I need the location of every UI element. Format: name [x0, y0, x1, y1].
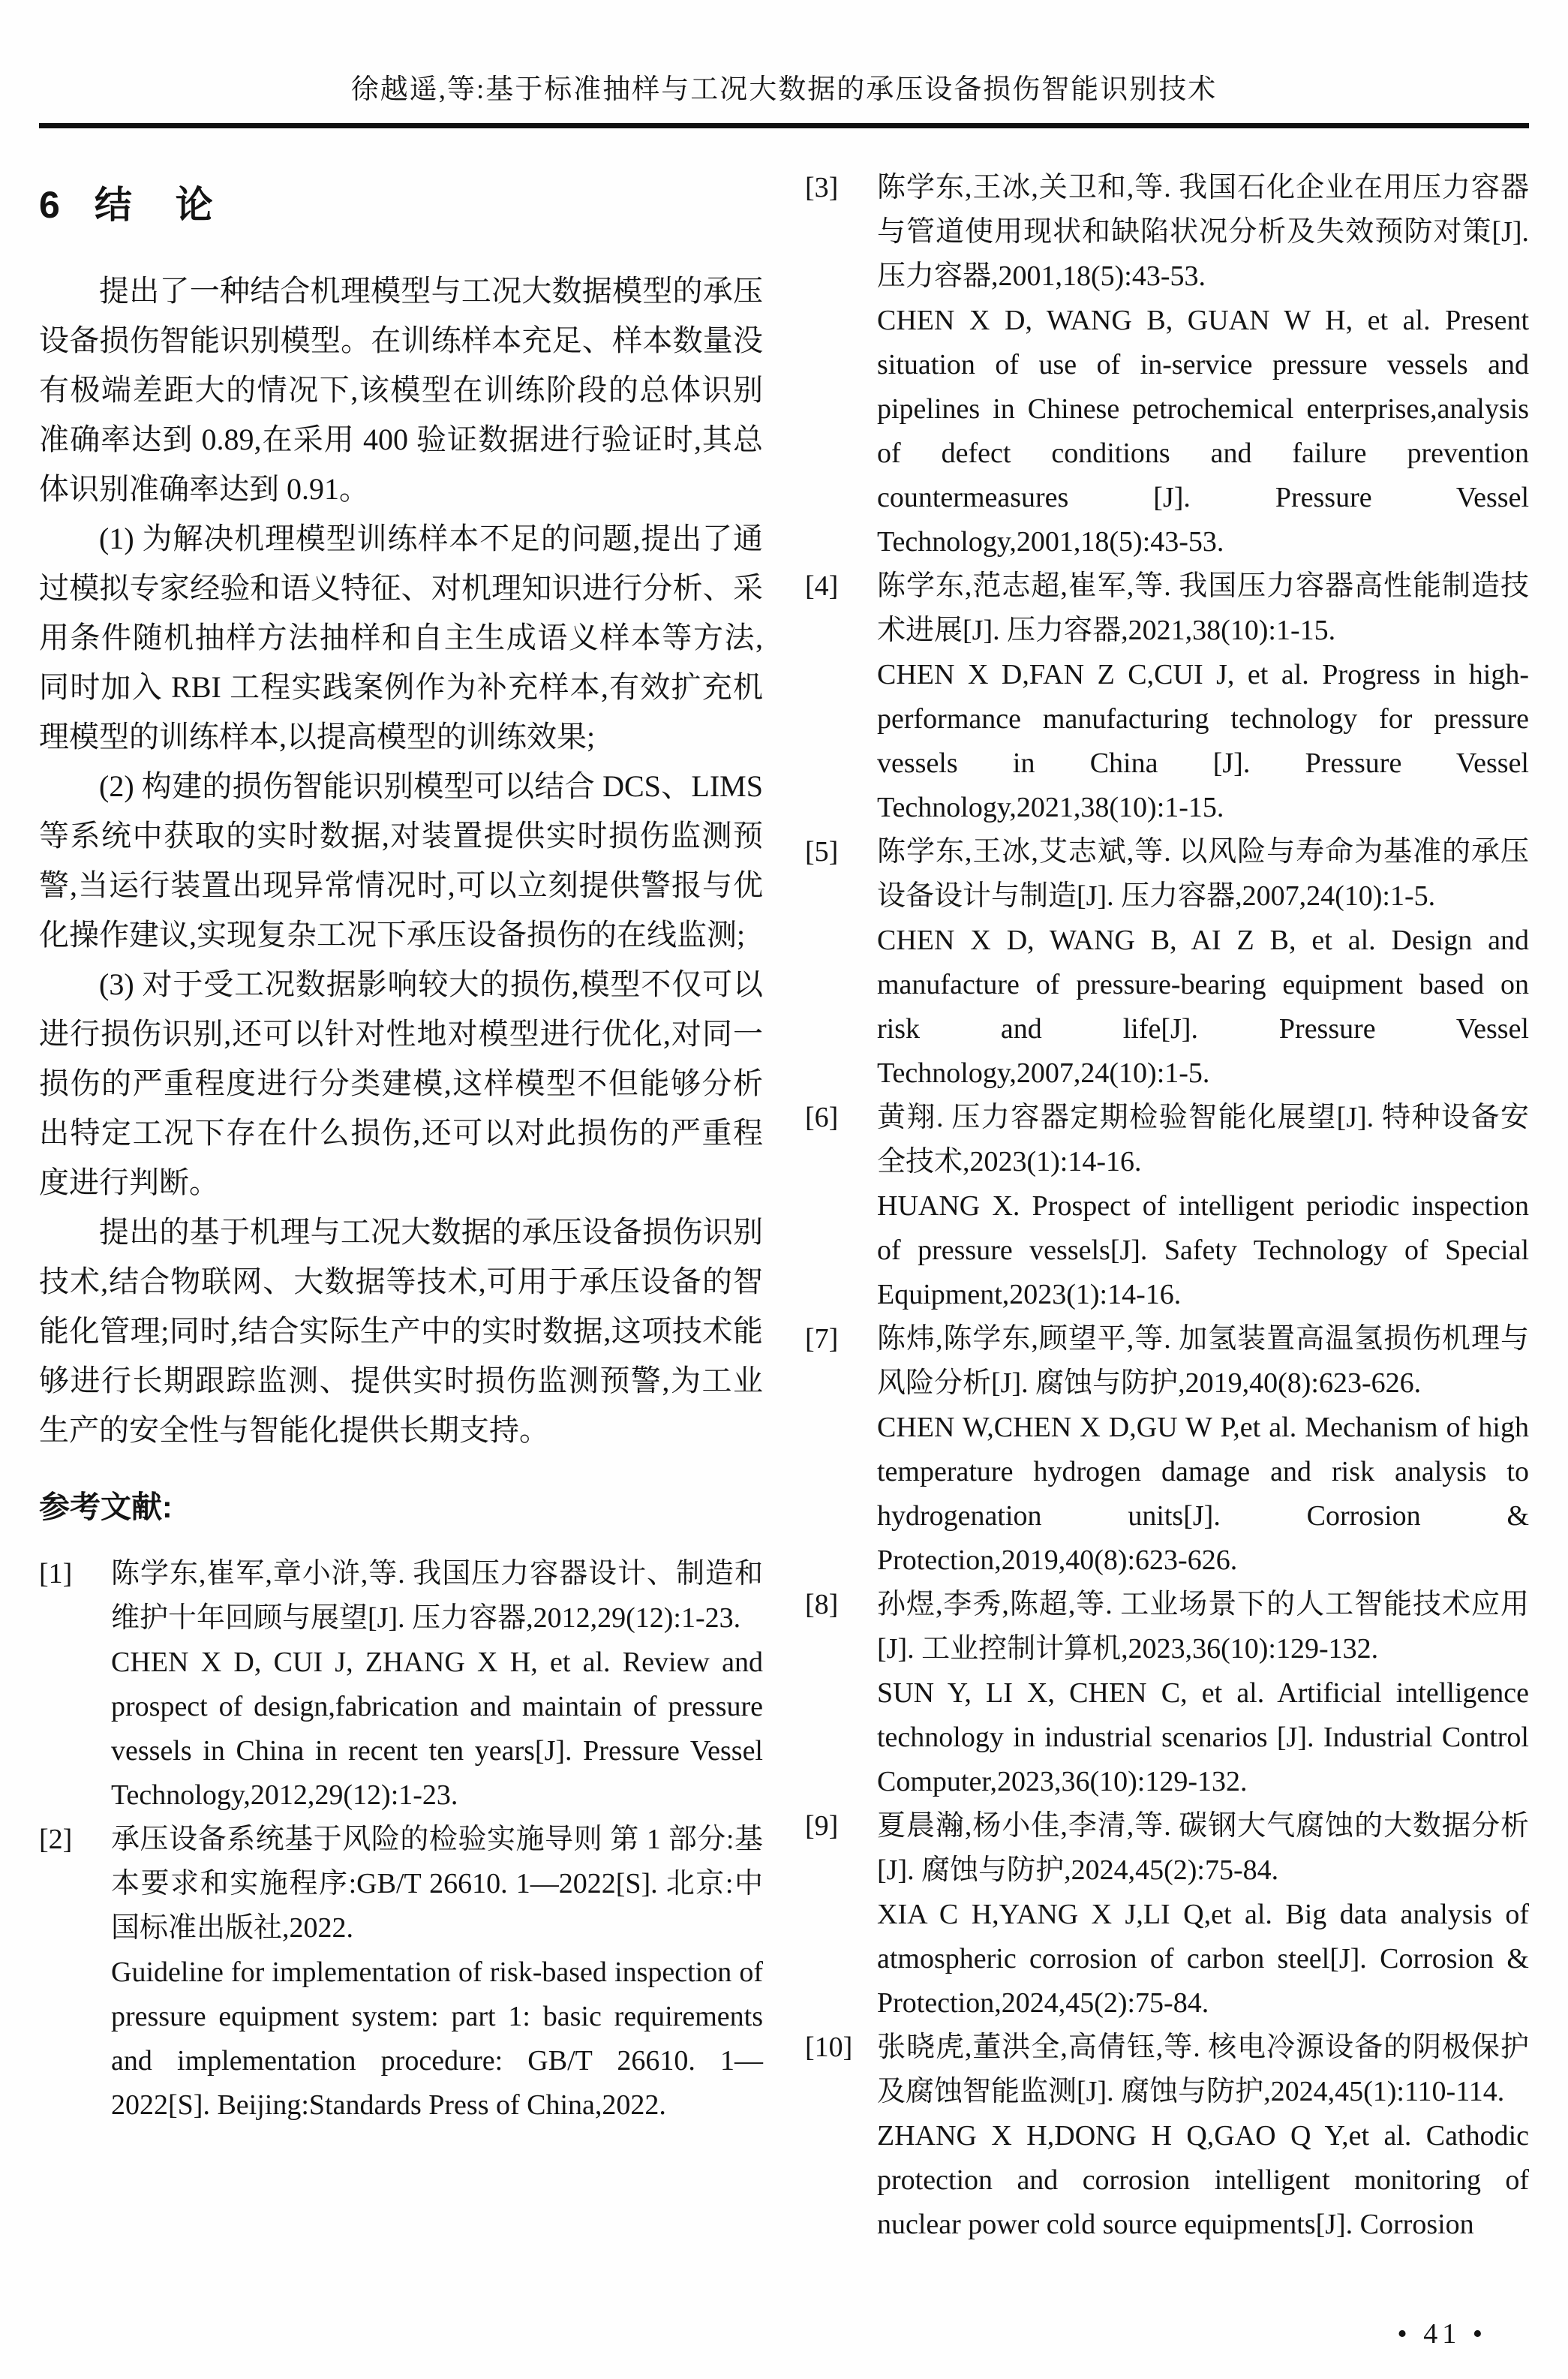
- reference-item-3: [3] 陈学东,王冰,关卫和,等. 我国石化企业在用压力容器与管道使用现状和缺陷…: [805, 166, 1529, 564]
- reference-english: SUN Y, LI X, CHEN C, et al. Artificial i…: [877, 1671, 1529, 1804]
- reference-english: XIA C H,YANG X J,LI Q,et al. Big data an…: [877, 1893, 1529, 2026]
- reference-chinese: 孙煜,李秀,陈超,等. 工业场景下的人工智能技术应用[J]. 工业控制计算机,2…: [877, 1583, 1529, 1671]
- reference-number: [2]: [39, 1818, 72, 1862]
- right-column: [3] 陈学东,王冰,关卫和,等. 我国石化企业在用压力容器与管道使用现状和缺陷…: [805, 128, 1529, 2247]
- header-rule: [39, 123, 1529, 128]
- reference-chinese: 夏晨瀚,杨小佳,李清,等. 碳钢大气腐蚀的大数据分析[J]. 腐蚀与防护,202…: [877, 1804, 1529, 1893]
- reference-number: [1]: [39, 1552, 72, 1596]
- paper-page: 徐越遥,等:基于标准抽样与工况大数据的承压设备损伤智能识别技术 6结 论 提出了…: [0, 0, 1568, 2379]
- reference-item-9: [9] 夏晨瀚,杨小佳,李清,等. 碳钢大气腐蚀的大数据分析[J]. 腐蚀与防护…: [805, 1804, 1529, 2026]
- reference-number: [7]: [805, 1317, 838, 1361]
- reference-item-10: [10] 张晓虎,董洪全,高倩钰,等. 核电冷源设备的阴极保护及腐蚀智能监测[J…: [805, 2026, 1529, 2247]
- reference-english: Guideline for implementation of risk-bas…: [111, 1950, 763, 2128]
- reference-item-2: [2] 承压设备系统基于风险的检验实施导则 第 1 部分:基本要求和实施程序:G…: [39, 1818, 763, 2128]
- reference-chinese: 黄翔. 压力容器定期检验智能化展望[J]. 特种设备安全技术,2023(1):1…: [877, 1096, 1529, 1184]
- two-column-layout: 6结 论 提出了一种结合机理模型与工况大数据模型的承压设备损伤智能识别模型。在训…: [0, 128, 1568, 2247]
- left-column: 6结 论 提出了一种结合机理模型与工况大数据模型的承压设备损伤智能识别模型。在训…: [39, 128, 763, 2128]
- conclusion-paragraph-5: 提出的基于机理与工况大数据的承压设备损伤识别技术,结合物联网、大数据等技术,可用…: [39, 1208, 763, 1455]
- page-number: • 41 •: [1397, 2317, 1487, 2350]
- conclusion-heading: 6结 论: [39, 175, 763, 229]
- section-title: 结 论: [95, 184, 216, 226]
- reference-number: [8]: [805, 1583, 838, 1627]
- reference-chinese: 陈炜,陈学东,顾望平,等. 加氢装置高温氢损伤机理与风险分析[J]. 腐蚀与防护…: [877, 1317, 1529, 1406]
- conclusion-paragraph-2: (1) 为解决机理模型训练样本不足的问题,提出了通过模拟专家经验和语义特征、对机…: [39, 514, 763, 762]
- reference-number: [4]: [805, 564, 838, 609]
- reference-item-1: [1] 陈学东,崔军,章小浒,等. 我国压力容器设计、制造和维护十年回顾与展望[…: [39, 1552, 763, 1818]
- reference-item-5: [5] 陈学东,王冰,艾志斌,等. 以风险与寿命为基准的承压设备设计与制造[J]…: [805, 830, 1529, 1096]
- reference-chinese: 陈学东,王冰,关卫和,等. 我国石化企业在用压力容器与管道使用现状和缺陷状况分析…: [877, 166, 1529, 299]
- reference-item-6: [6] 黄翔. 压力容器定期检验智能化展望[J]. 特种设备安全技术,2023(…: [805, 1096, 1529, 1317]
- reference-english: CHEN X D, WANG B, GUAN W H, et al. Prese…: [877, 299, 1529, 564]
- reference-number: [3]: [805, 166, 838, 210]
- reference-chinese: 张晓虎,董洪全,高倩钰,等. 核电冷源设备的阴极保护及腐蚀智能监测[J]. 腐蚀…: [877, 2026, 1529, 2114]
- reference-number: [9]: [805, 1804, 838, 1848]
- conclusion-paragraph-3: (2) 构建的损伤智能识别模型可以结合 DCS、LIMS 等系统中获取的实时数据…: [39, 762, 763, 960]
- reference-english: HUANG X. Prospect of intelligent periodi…: [877, 1184, 1529, 1317]
- conclusion-paragraph-1: 提出了一种结合机理模型与工况大数据模型的承压设备损伤智能识别模型。在训练样本充足…: [39, 266, 763, 514]
- reference-english: CHEN X D,FAN Z C,CUI J, et al. Progress …: [877, 653, 1529, 830]
- reference-chinese: 承压设备系统基于风险的检验实施导则 第 1 部分:基本要求和实施程序:GB/T …: [111, 1818, 763, 1950]
- reference-english: CHEN X D, CUI J, ZHANG X H, et al. Revie…: [111, 1641, 763, 1818]
- references-heading: 参考文献:: [39, 1482, 763, 1526]
- reference-number: [5]: [805, 830, 838, 874]
- reference-english: CHEN W,CHEN X D,GU W P,et al. Mechanism …: [877, 1406, 1529, 1583]
- reference-chinese: 陈学东,崔军,章小浒,等. 我国压力容器设计、制造和维护十年回顾与展望[J]. …: [111, 1552, 763, 1641]
- reference-number: [10]: [805, 2026, 852, 2070]
- reference-english: ZHANG X H,DONG H Q,GAO Q Y,et al. Cathod…: [877, 2114, 1529, 2247]
- conclusion-paragraph-4: (3) 对于受工况数据影响较大的损伤,模型不仅可以进行损伤识别,还可以针对性地对…: [39, 960, 763, 1208]
- reference-english: CHEN X D, WANG B, AI Z B, et al. Design …: [877, 919, 1529, 1096]
- reference-item-8: [8] 孙煜,李秀,陈超,等. 工业场景下的人工智能技术应用[J]. 工业控制计…: [805, 1583, 1529, 1804]
- reference-number: [6]: [805, 1096, 838, 1140]
- reference-item-4: [4] 陈学东,范志超,崔军,等. 我国压力容器高性能制造技术进展[J]. 压力…: [805, 564, 1529, 830]
- reference-item-7: [7] 陈炜,陈学东,顾望平,等. 加氢装置高温氢损伤机理与风险分析[J]. 腐…: [805, 1317, 1529, 1583]
- section-number: 6: [39, 184, 60, 226]
- reference-chinese: 陈学东,王冰,艾志斌,等. 以风险与寿命为基准的承压设备设计与制造[J]. 压力…: [877, 830, 1529, 919]
- running-head: 徐越遥,等:基于标准抽样与工况大数据的承压设备损伤智能识别技术: [0, 0, 1568, 107]
- reference-chinese: 陈学东,范志超,崔军,等. 我国压力容器高性能制造技术进展[J]. 压力容器,2…: [877, 564, 1529, 653]
